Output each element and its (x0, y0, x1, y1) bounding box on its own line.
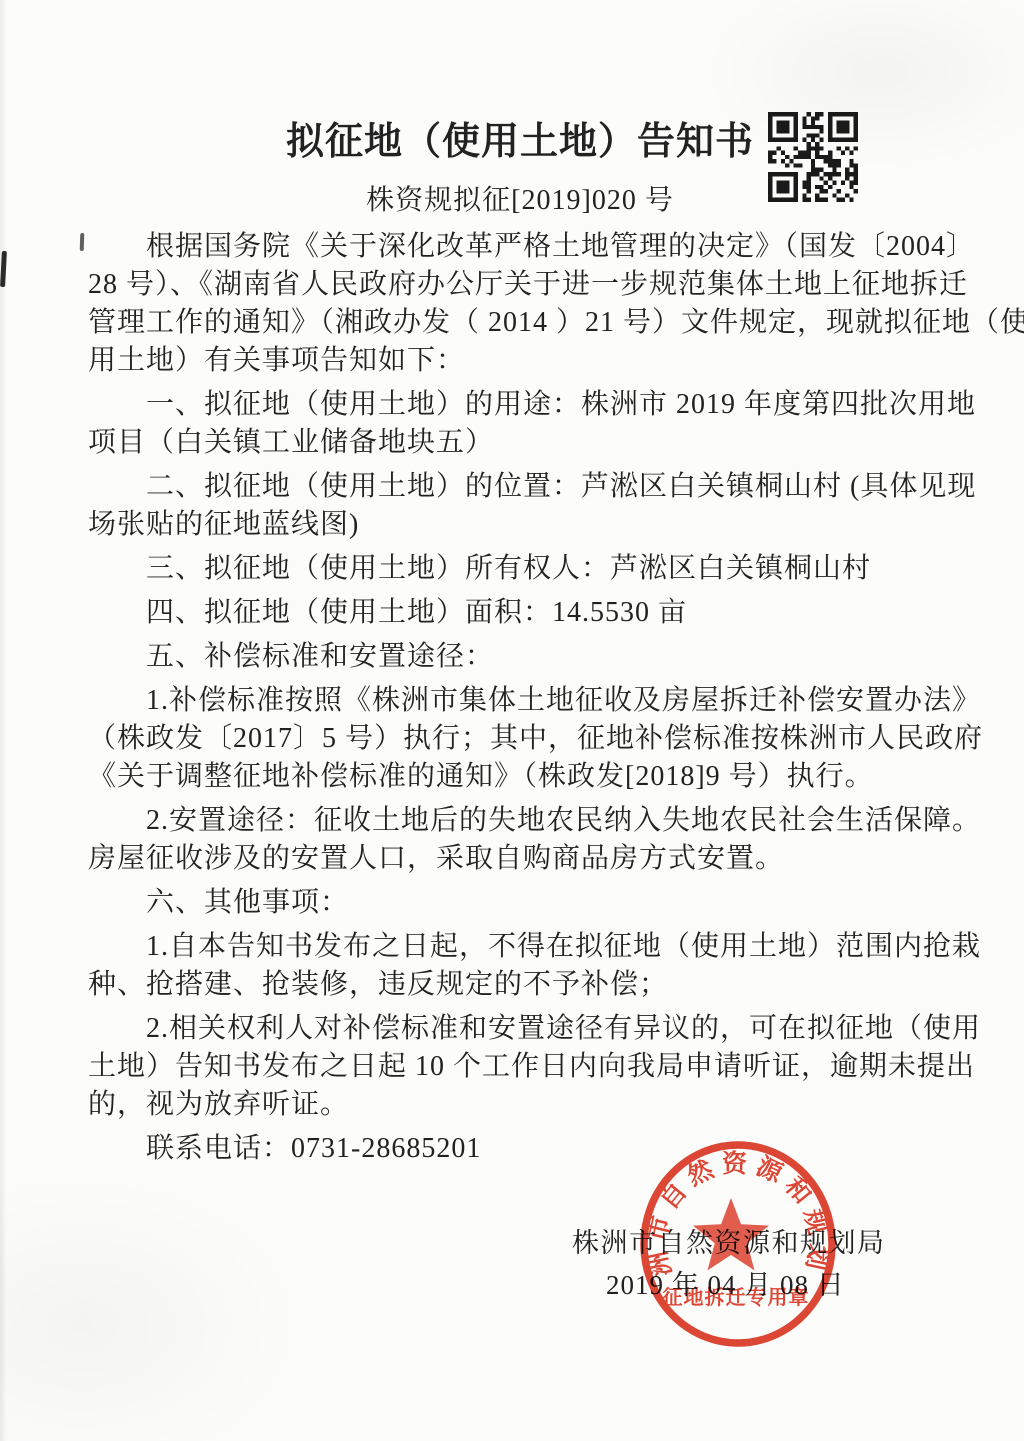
body-line: 根据国务院《关于深化改革严格土地管理的决定》（国发〔2004〕 (88, 228, 954, 266)
body-line: 28 号）、《湖南省人民政府办公厅关于进一步规范集体土地上征地拆迁 (88, 266, 954, 304)
body-line: 《关于调整征地补偿标准的通知》（株政发[2018]9 号）执行。 (88, 758, 954, 796)
body-line: 四、拟征地（使用土地）面积：14.5530 亩 (88, 594, 954, 632)
body-line: 的，视为放弃听证。 (88, 1086, 954, 1124)
body-line: 1.自本告知书发布之日起，不得在拟征地（使用土地）范围内抢栽 (88, 928, 954, 966)
signature-agency: 株洲市自然资源和规划局 (572, 1221, 886, 1260)
body-line: （株政发〔2017〕5 号）执行；其中，征地补偿标准按株洲市人民政府 (88, 720, 954, 758)
body-line: 二、拟征地（使用土地）的位置：芦淞区白关镇桐山村 (具体见现 (88, 468, 954, 506)
body-line: 种、抢搭建、抢装修，违反规定的不予补偿； (88, 966, 954, 1004)
body-line: 2.安置途径：征收土地后的失地农民纳入失地农民社会生活保障。 (88, 802, 954, 840)
body-line: 六、其他事项： (88, 884, 954, 922)
body-line: 联系电话：0731-28685201 (88, 1130, 954, 1168)
body-line: 2.相关权利人对补偿标准和安置途径有异议的，可在拟征地（使用 (88, 1010, 954, 1048)
body-line: 项目（白关镇工业储备地块五） (88, 424, 954, 462)
scan-artifact (0, 251, 7, 287)
signature-date: 2019 年 04 月 08 日 (606, 1263, 845, 1302)
document-body: 根据国务院《关于深化改革严格土地管理的决定》（国发〔2004〕28 号）、《湖南… (88, 222, 954, 1168)
body-line: 五、补偿标准和安置途径： (88, 638, 954, 676)
body-line: 房屋征收涉及的安置人口，采取自购商品房方式安置。 (88, 840, 954, 878)
body-line: 三、拟征地（使用土地）所有权人：芦淞区白关镇桐山村 (88, 550, 954, 588)
body-line: 管理工作的通知》（湘政办发（ 2014 ）21 号）文件规定，现就拟征地（使 (88, 304, 954, 342)
body-line: 用土地）有关事项告知如下： (88, 342, 954, 380)
qr-code-icon (768, 112, 858, 202)
body-line: 场张贴的征地蓝线图) (88, 506, 954, 544)
body-line: 土地）告知书发布之日起 10 个工作日内向我局申请听证，逾期未提出 (88, 1048, 954, 1086)
document-page: 拟征地（使用土地）告知书 株资规拟征[2019]020 号 根据国务院《关于深化… (0, 0, 1024, 1441)
scan-artifact (80, 233, 85, 251)
body-line: 一、拟征地（使用土地）的用途：株洲市 2019 年度第四批次用地 (88, 386, 954, 424)
body-line: 1.补偿标准按照《株洲市集体土地征收及房屋拆迁补偿安置办法》 (88, 682, 954, 720)
